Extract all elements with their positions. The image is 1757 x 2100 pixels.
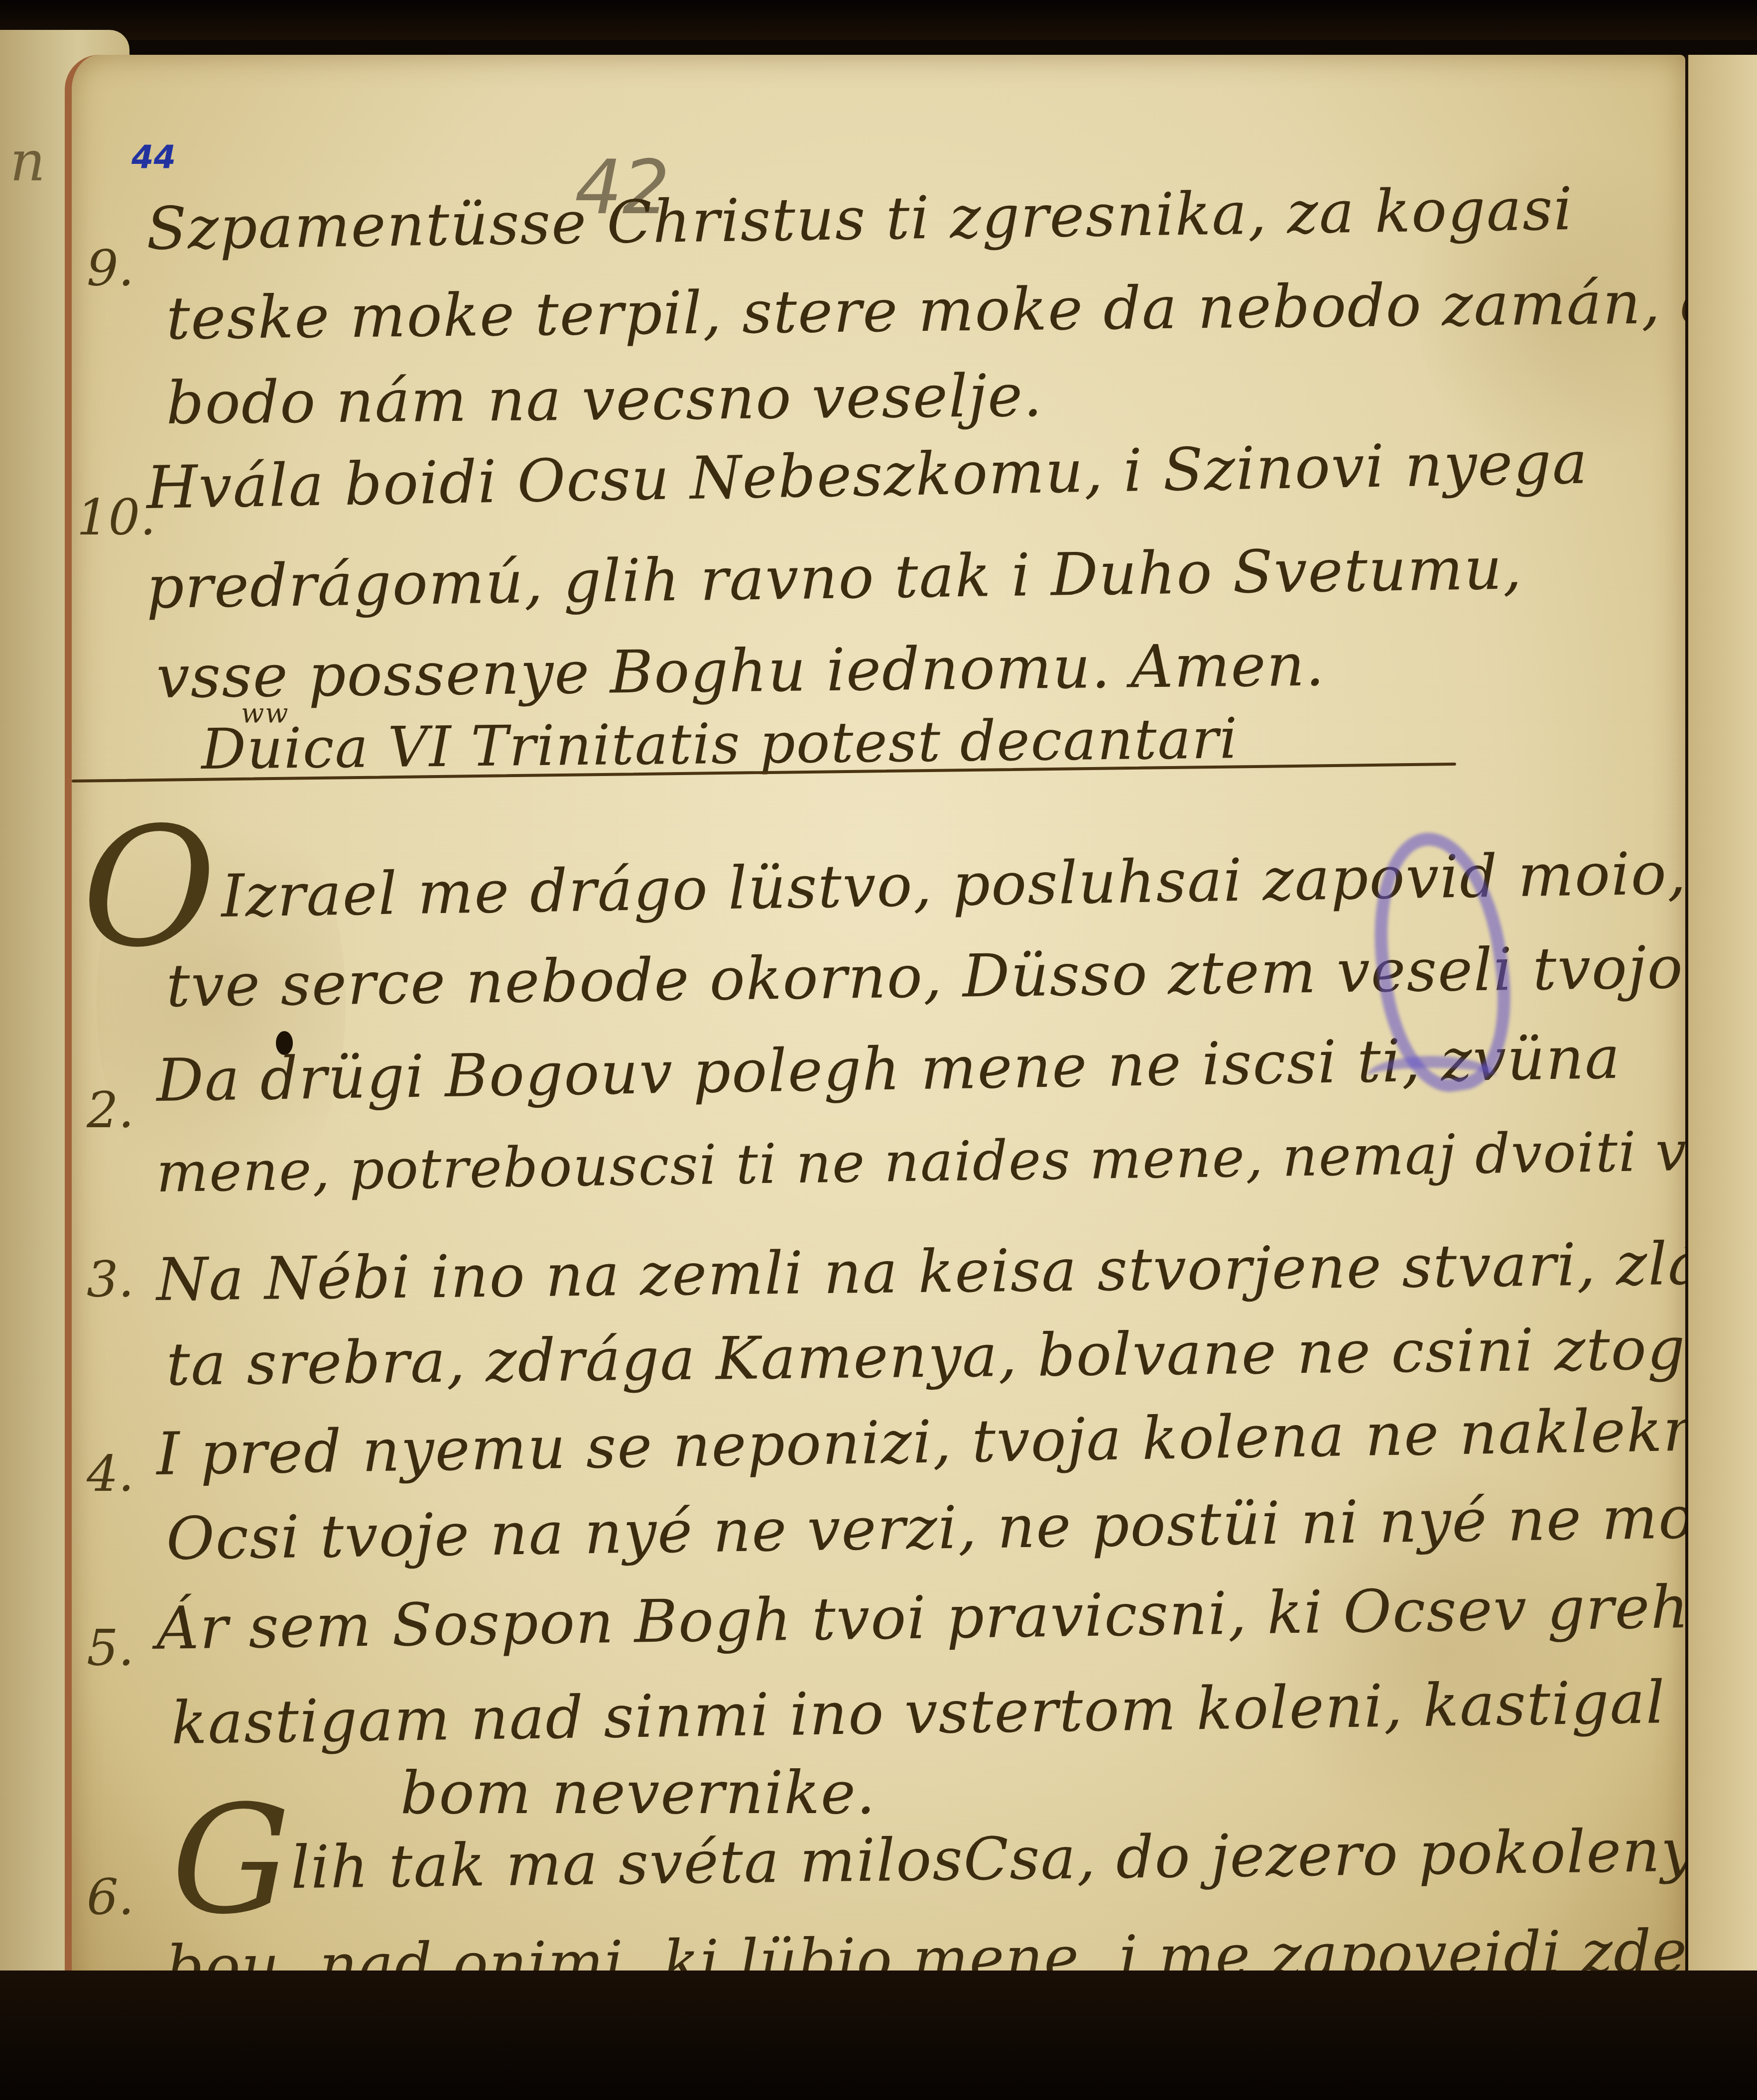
verse-number: 5. <box>87 1619 134 1677</box>
left-page-fragment: n <box>10 130 45 193</box>
text-line: Hvála boidi Ocsu Nebeszkomu, i Szinovi n… <box>146 428 1589 522</box>
facing-right-page <box>1688 55 1757 1997</box>
folio-number-blue: 44 <box>131 139 176 176</box>
section-heading: Duica VI Trinitatis potest decantari <box>201 706 1239 782</box>
text-line: Na Nébi ino na zemli na keisa stvorjene … <box>156 1229 1685 1314</box>
library-stamp-tail <box>1367 1056 1496 1098</box>
verse-number: 9. <box>87 239 134 297</box>
text-line: predrágomú, glih ravno tak i Duho Svetum… <box>146 533 1523 622</box>
text-line: bodo nám na vecsno veselje. <box>166 361 1043 437</box>
verse-number: 2. <box>87 1081 134 1139</box>
decorated-initial-g: G <box>171 1773 291 1947</box>
verse-number: 10. <box>77 488 156 546</box>
verse-number: 6. <box>87 1868 134 1926</box>
verse-number: 4. <box>87 1444 134 1503</box>
text-line: Szpamentüsse Christus ti zgresnika, za k… <box>146 174 1574 263</box>
verse-number: 3. <box>87 1250 134 1309</box>
text-line: vsse possenye Boghu iednomu. Amen. <box>156 630 1325 711</box>
book-binding-bottom <box>0 1970 1757 2100</box>
manuscript-page: 44 42 9. Szpamentüsse Christus ti zgresn… <box>65 55 1685 2012</box>
book-binding-top <box>0 0 1757 40</box>
text-line: ta srebra, zdrága Kamenya, bolvane ne cs… <box>166 1313 1685 1399</box>
heading-superscript: ww <box>241 697 289 729</box>
text-line: lih tak ma svéta milosCsa, do jezero pok… <box>290 1816 1685 1902</box>
text-line: mene, potrebouscsi ti ne naides mene, ne… <box>156 1116 1685 1204</box>
text-line: bom nevernike. <box>400 1758 876 1827</box>
